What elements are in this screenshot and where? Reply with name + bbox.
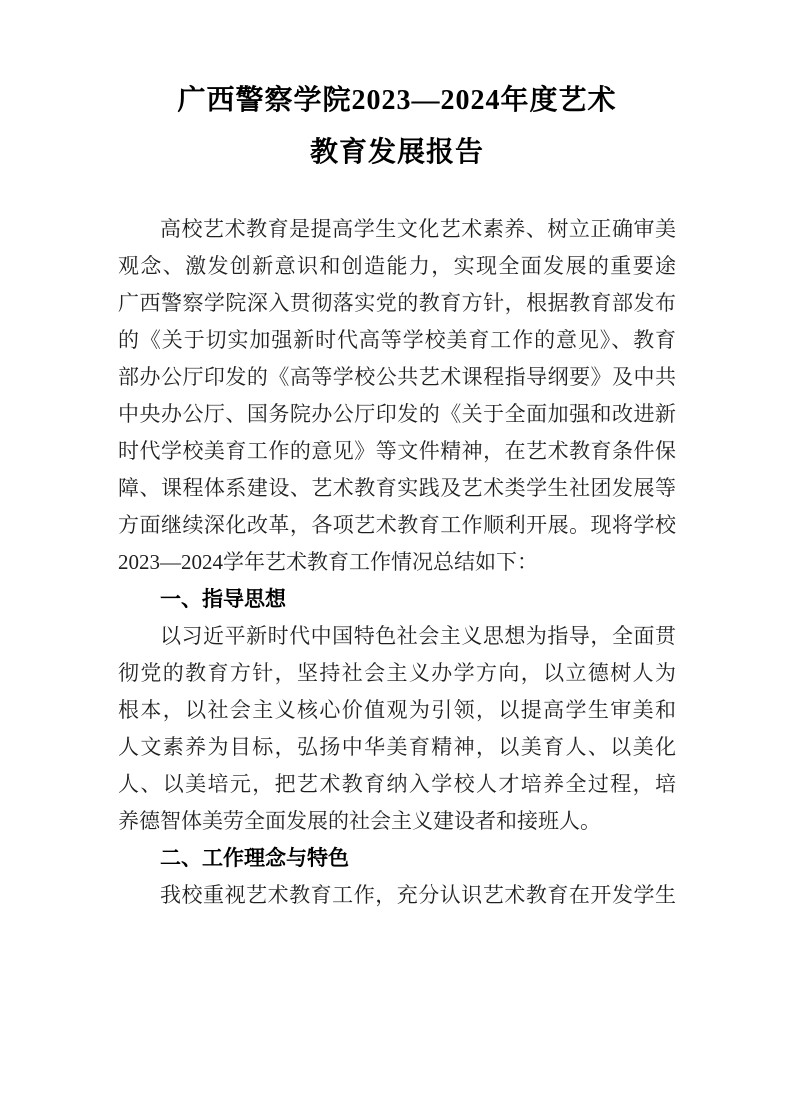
document-content: 广西警察学院2023—2024年度艺术 教育发展报告 高校艺术教育是提高学生文化… [118, 75, 676, 914]
page-title: 广西警察学院2023—2024年度艺术 教育发展报告 [118, 75, 676, 179]
document-page: 广西警察学院2023—2024年度艺术 教育发展报告 高校艺术教育是提高学生文化… [0, 0, 794, 1108]
paragraph-3: 我校重视艺术教育工作，充分认识艺术教育在开发学生 [118, 877, 676, 914]
paragraph-1-line: 障、课程体系建设、艺术教育实践及艺术类学生社团发展等 [118, 470, 676, 507]
paragraph-1: 高校艺术教育是提高学生文化艺术素养、树立正确审美 观念、激发创新意识和创造能力，… [118, 211, 676, 581]
paragraph-1-line: 2023—2024学年艺术教育工作情况总结如下： [118, 544, 676, 581]
paragraph-2-line: 根本，以社会主义核心价值观为引领，以提高学生审美和 [118, 692, 676, 729]
section-heading-1: 一、指导思想 [118, 581, 676, 618]
paragraph-2-line: 人、以美培元，把艺术教育纳入学校人才培养全过程，培 [118, 766, 676, 803]
title-line-1: 广西警察学院2023—2024年度艺术 [118, 75, 676, 127]
paragraph-2-line: 以习近平新时代中国特色社会主义思想为指导，全面贯 [118, 618, 676, 655]
document-body: 高校艺术教育是提高学生文化艺术素养、树立正确审美 观念、激发创新意识和创造能力，… [118, 211, 676, 914]
paragraph-2-line: 养德智体美劳全面发展的社会主义建设者和接班人。 [118, 803, 676, 840]
paragraph-1-line: 高校艺术教育是提高学生文化艺术素养、树立正确审美 [118, 211, 676, 248]
paragraph-3-line: 我校重视艺术教育工作，充分认识艺术教育在开发学生 [118, 877, 676, 914]
paragraph-2-line: 彻党的教育方针，坚持社会主义办学方向，以立德树人为 [118, 655, 676, 692]
paragraph-2: 以习近平新时代中国特色社会主义思想为指导，全面贯 彻党的教育方针，坚持社会主义办… [118, 618, 676, 840]
title-line-2: 教育发展报告 [118, 127, 676, 179]
paragraph-1-line: 部办公厅印发的《高等学校公共艺术课程指导纲要》及中共 [118, 359, 676, 396]
paragraph-1-line: 中央办公厅、国务院办公厅印发的《关于全面加强和改进新 [118, 396, 676, 433]
section-heading-2: 二、工作理念与特色 [118, 840, 676, 877]
paragraph-1-line: 广西警察学院深入贯彻落实党的教育方针，根据教育部发布 [118, 285, 676, 322]
paragraph-1-line: 时代学校美育工作的意见》等文件精神，在艺术教育条件保 [118, 433, 676, 470]
paragraph-2-line: 人文素养为目标，弘扬中华美育精神，以美育人、以美化 [118, 729, 676, 766]
paragraph-1-line: 方面继续深化改革，各项艺术教育工作顺利开展。现将学校 [118, 507, 676, 544]
paragraph-1-line: 观念、激发创新意识和创造能力，实现全面发展的重要途径。 [118, 248, 676, 285]
paragraph-1-line: 的《关于切实加强新时代高等学校美育工作的意见》、教育 [118, 322, 676, 359]
